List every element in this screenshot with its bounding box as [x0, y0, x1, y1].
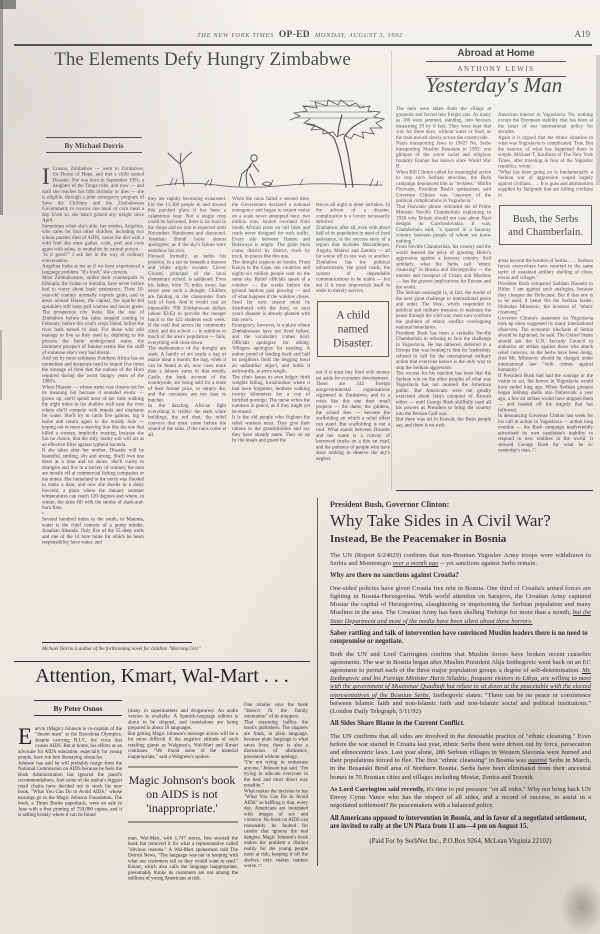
zimbabwe-column-1-text: Crusoa, Zimbabwe — went to Zimbabwe, for…	[42, 166, 144, 545]
ad-paragraph-4: The UN confirms that all sides are invol…	[330, 733, 591, 782]
ad-salutation: President Bush, Governor Clinton:	[330, 500, 591, 509]
zimbabwe-column-2-text: they are rapidly becoming exhausted. For…	[148, 196, 226, 438]
ad-paragraph-2: One-sided policies have given Croatia fr…	[330, 585, 591, 626]
lewis-kicker: Abroad at Home	[420, 48, 572, 59]
ad-subhead-saber: Saber rattling and talk of intervention …	[330, 630, 591, 647]
kmart-dropcap: E	[18, 726, 35, 746]
drought-illustration	[150, 74, 388, 194]
kicker-rule-top	[426, 61, 566, 62]
kmart-column-3: One retailer says the book "doesn't fit …	[244, 702, 308, 932]
ad-p1-text-end: -- yet sanctions against Serbs remain.	[438, 560, 537, 567]
zimbabwe-headline: The Elements Defy Hungry Zimbabwe	[15, 49, 390, 71]
ad-p5-lead: As Lord Carrington said recently,	[330, 786, 425, 793]
ad-subhead: Instead, Be the Peacemaker in Bosnia	[330, 533, 591, 545]
masthead: THE NEW YORK TIMES OP-ED MONDAY, AUGUST …	[0, 30, 600, 40]
serbnet-ad: President Bush, Governor Clinton: Why Ta…	[330, 500, 591, 852]
lewis-column-2-text-a: American interest in Yugoslavia. No, not…	[498, 112, 593, 198]
zimbabwe-column-3: When the rains failed a second time, the…	[232, 196, 310, 658]
ad-paragraph-5: As Lord Carrington said recently, it's t…	[330, 786, 591, 811]
lewis-column-2: American interest in Yugoslavia. No, not…	[498, 106, 593, 486]
ad-p1-underlined: over a month ago	[393, 560, 439, 567]
byline-peter-osnos: By Peter Osnos	[34, 700, 122, 716]
kmart-column-2-text-a: (many in supermarkets and drugstores). A…	[128, 708, 238, 760]
scan-edge-streak-right	[596, 55, 600, 185]
zimbabwe-column-4-text-b: not if it must buy food with money set a…	[316, 370, 390, 462]
zimbabwe-column-4: fences all night to deter intruders. In …	[316, 196, 390, 494]
drought-tree-drawing	[150, 74, 388, 194]
ad-headline: Why Take Sides in A Civil War?	[330, 511, 591, 531]
kmart-column-2-text-b: man. Wal-Mart, with 1,747 stores, first …	[128, 835, 238, 881]
zimbabwe-dropcap: I	[42, 166, 53, 186]
zimbabwe-author-bio-text: Michael Dorris is author of the forthcom…	[42, 646, 202, 652]
ad-p3-text: Both the UN and Lord Carrington confirm …	[330, 651, 591, 674]
bio-rule	[42, 642, 192, 643]
kmart-headline: Attention, Kmart, Wal-Mart . . .	[14, 665, 310, 688]
lewis-column-1-text: The men were taken from the village at g…	[396, 106, 491, 428]
ad-subhead-blame: All Sides Share Blame in the Current Con…	[330, 720, 591, 728]
kmart-pullquote: Magic Johnson's book on AIDS is not 'ina…	[128, 767, 238, 823]
zimbabwe-column-2: they are rapidly becoming exhausted. For…	[148, 196, 226, 658]
newspaper-page: THE NEW YORK TIMES OP-ED MONDAY, AUGUST …	[0, 0, 600, 934]
zimbabwe-column-1: ICrusoa, Zimbabwe — went to Zimbabwe, fo…	[42, 160, 144, 638]
ad-p4-underlined: against	[528, 757, 547, 764]
kmart-column-1: Earvin (Magic) Johnson is co-captain of …	[18, 720, 122, 932]
lewis-pullquote: Bush, the Serbs and Chamberlain.	[499, 205, 592, 245]
lewis-bottom-rule	[396, 490, 593, 491]
oped-brand: OP-ED	[279, 30, 310, 40]
ad-paragraph-1: The UN (Report S/24029) confirms that no…	[330, 552, 591, 568]
ad-left-rule	[317, 498, 318, 866]
lewis-headline: Yesterday's Man	[394, 73, 594, 98]
ad-footer: (Paid For by SerbNet Inc., P.O.Box 9264,…	[330, 838, 591, 845]
lewis-column-1: The men were taken from the village at g…	[396, 106, 491, 486]
kmart-column-2: (many in supermarkets and drugstores). A…	[128, 702, 238, 932]
byline-michael-dorris: By Michael Dorris	[46, 137, 142, 153]
scan-corner-mark	[0, 0, 16, 9]
kmart-column-3-text: One retailer says the book "doesn't fit …	[244, 702, 308, 869]
masthead-rule	[14, 44, 592, 46]
ad-paragraph-6-rally: All Americans opposed to intervention in…	[330, 815, 591, 832]
masthead-date: MONDAY, AUGUST 3, 1992	[315, 32, 403, 39]
zimbabwe-column-4-text-a: fences all night to deter intruders. In …	[316, 202, 390, 294]
scan-smudge-corner	[560, 880, 600, 934]
ad-subhead-croatia: Why are there no sanctions against Croat…	[330, 572, 591, 580]
kmart-top-rule	[14, 661, 310, 662]
masthead-paper-name: THE NEW YORK TIMES	[197, 32, 274, 39]
gutter-rule-left	[391, 50, 392, 490]
ad-p2-text: One-sided policies have given Croatia fr…	[330, 585, 591, 617]
lewis-column-2-text-b: areas beyond the borders of Serbia. . . …	[498, 258, 593, 453]
ad-paragraph-3: Both the UN and Lord Carrington confirm …	[330, 651, 591, 717]
zimbabwe-column-3-text: When the rains failed a second time, the…	[232, 196, 310, 443]
scan-edge-streak-left-2	[0, 330, 2, 400]
zimbabwe-pullquote: A child named Disaster.	[317, 301, 389, 357]
page-number: A19	[575, 29, 591, 39]
